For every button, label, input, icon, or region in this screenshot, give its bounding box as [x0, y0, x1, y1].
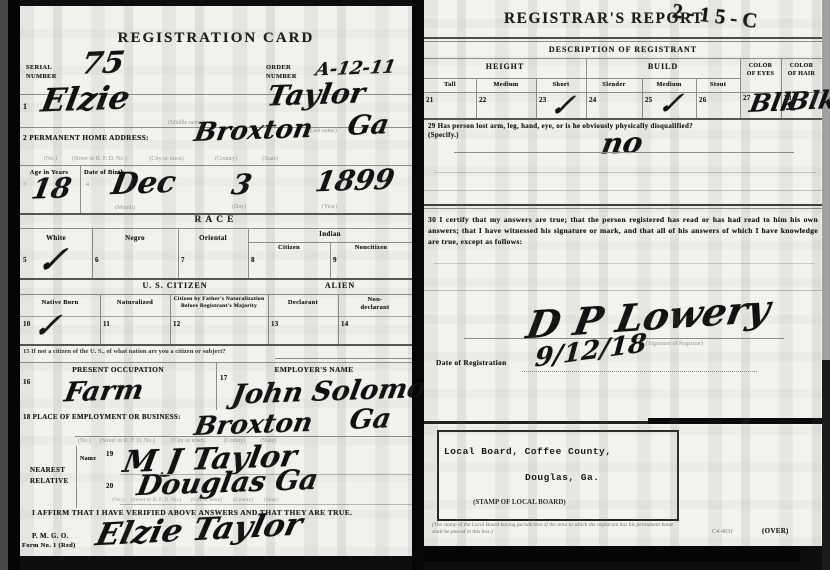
divider: [76, 446, 77, 508]
scan-black-border-middle: [412, 0, 424, 570]
blank-line: [434, 263, 814, 264]
stamp-of-local-board-caption: (STAMP OF LOCAL BOARD): [473, 498, 566, 506]
employer-field-number: 17: [220, 374, 228, 382]
race-indian-noncitizen-label: Noncitizen: [330, 244, 412, 251]
scan-black-border-left: [8, 0, 20, 570]
stout-label: Stout: [696, 81, 740, 88]
question-29-answer: no: [599, 125, 646, 160]
non-declarant-number: 14: [341, 320, 349, 328]
race-white-label: White: [20, 234, 92, 242]
rule: [454, 152, 794, 153]
present-occupation-header: PRESENT OCCUPATION: [20, 365, 216, 374]
registrar-signature-hint: (Signature of Registrar): [646, 341, 703, 347]
citizen-table-border: [20, 344, 412, 346]
race-oriental-number: 7: [181, 256, 185, 264]
rule: [424, 204, 822, 206]
classification-stamp: 2-15-C: [671, 0, 764, 34]
medium-height-label: Medium: [476, 81, 536, 88]
citizen-by-father-label: Citizen by Father's Naturalization Befor…: [172, 296, 266, 310]
race-table-border: [20, 228, 412, 229]
color-of-eyes-header: COLOR OF EYES: [740, 63, 781, 79]
native-born-label: Native Born: [20, 299, 100, 306]
address-column-hints: (No.) (Street or R. F. D. No.) (City or …: [44, 156, 278, 162]
scanned-draft-card: REGISTRATION CARD SERIAL NUMBER 75 ORDER…: [0, 0, 830, 570]
non-declarant-label: Non- declarant: [338, 296, 412, 313]
rule: [120, 504, 412, 505]
question-29-specify: (Specify.): [428, 131, 459, 139]
us-citizen-header: U. S. CITIZEN: [75, 281, 275, 290]
local-board-stamp-line2: Douglas, Ga.: [525, 472, 599, 483]
rule: [424, 58, 822, 59]
build-header: BUILD: [586, 62, 740, 71]
slender-number: 24: [589, 96, 597, 104]
relative-address-number: 20: [106, 482, 114, 490]
home-address-city-value: Broxton: [192, 114, 315, 148]
employers-name-header: EMPLOYER'S NAME: [216, 365, 412, 374]
description-table-border: [424, 118, 822, 120]
race-table-border: [20, 278, 412, 280]
print-form-code: C4-4031: [712, 529, 733, 535]
race-section-title: RACE: [20, 215, 412, 225]
short-label: Short: [536, 81, 586, 88]
short-number: 23: [539, 96, 547, 104]
slender-label: Slender: [586, 81, 642, 88]
race-negro-number: 6: [95, 256, 99, 264]
registration-card-title: REGISTRATION CARD: [20, 30, 412, 47]
scan-edge-strip: [0, 0, 8, 570]
declarant-label: Declarant: [268, 299, 338, 306]
race-negro-label: Negro: [92, 234, 178, 242]
alien-header: ALIEN: [285, 281, 395, 290]
relative-name-number: 19: [106, 450, 114, 458]
description-table-border: [424, 78, 740, 79]
description-of-registrant-header: DESCRIPTION OF REGISTRANT: [424, 45, 822, 54]
blank-line: [434, 172, 816, 173]
race-table-divider: [248, 242, 412, 243]
divider: [216, 362, 217, 410]
registration-card-page: REGISTRATION CARD SERIAL NUMBER 75 ORDER…: [20, 6, 412, 556]
rule: [75, 436, 412, 437]
line15-question: 15 If not a citizen of the U. S., of wha…: [23, 348, 226, 355]
rule: [424, 208, 822, 209]
date-of-registration-label: Date of Registration: [436, 358, 507, 367]
race-oriental-label: Oriental: [178, 234, 248, 242]
native-born-checkmark: ✓: [32, 309, 62, 346]
dob-field-number: 4: [86, 182, 89, 188]
birth-year-value: 1899: [313, 163, 397, 199]
scan-edge-strip-right: [822, 0, 830, 360]
race-indian-citizen-number: 8: [251, 256, 255, 264]
rule: [275, 358, 412, 359]
race-indian-label: Indian: [248, 230, 412, 238]
pmgo-label: P. M. G. O.: [32, 532, 69, 540]
occupation-field-number: 16: [23, 378, 31, 386]
naturalized-label: Naturalized: [100, 299, 170, 306]
race-white-checkmark: ✓: [35, 240, 68, 281]
age-field-number: 3: [23, 182, 26, 188]
citizen-by-father-number: 12: [173, 320, 181, 328]
occupation-value: Farm: [62, 375, 146, 409]
employment-state-value: Ga: [347, 403, 393, 435]
divider: [80, 165, 81, 213]
tall-number: 21: [426, 96, 434, 104]
race-indian-citizen-label: Citizen: [248, 244, 330, 251]
citizen-table-border: [20, 294, 412, 295]
race-white-number: 5: [23, 256, 27, 264]
medium-build-label: Medium: [642, 81, 696, 88]
stamp-box-instructions: (The stamp of the Local Board having jur…: [432, 522, 676, 537]
registrars-report-page: REGISTRAR'S REPORT 2-15-C DESCRIPTION OF…: [424, 0, 822, 546]
height-header: HEIGHT: [424, 62, 586, 71]
medium-build-number: 25: [645, 96, 653, 104]
place-of-employment-label: 18 PLACE OF EMPLOYMENT OR BUSINESS:: [23, 413, 181, 421]
scan-edge-strip-right-dark: [822, 360, 830, 570]
medium-height-number: 22: [479, 96, 487, 104]
year-hint: (Year): [322, 204, 337, 210]
stout-number: 26: [699, 96, 707, 104]
home-address-state-value: Ga: [345, 109, 391, 141]
form-number-label: Form No. 1 (Red): [22, 542, 76, 549]
relative-name-label: Name: [80, 456, 96, 462]
citizen-table-border: [20, 316, 412, 317]
rule: [424, 37, 822, 39]
over-label: (OVER): [762, 527, 789, 535]
home-address-label: 2 PERMANENT HOME ADDRESS:: [23, 133, 149, 142]
local-board-stamp-box: Local Board, Coffee County, Douglas, Ga.…: [437, 430, 679, 521]
naturalized-number: 11: [103, 320, 110, 328]
citizen-table-divider: [170, 294, 171, 344]
relative-column-hints: (No.) (Street or R. F. D. No.) (City or …: [112, 497, 279, 503]
color-of-hair-header: COLOR OF HAIR: [781, 63, 822, 79]
day-hint: (Day): [232, 204, 246, 210]
nearest-relative-label: NEAREST RELATIVE: [30, 465, 68, 486]
birth-day-value: 3: [229, 168, 254, 202]
hair-color-value: Blk: [785, 85, 830, 116]
blank-line: [424, 190, 822, 191]
local-board-stamp-line1: Local Board, Coffee County,: [444, 446, 611, 457]
serial-number-value: 75: [79, 45, 127, 81]
tall-label: Tall: [424, 81, 476, 88]
scan-black-border-bottom: [424, 546, 800, 562]
race-indian-noncitizen-number: 9: [333, 256, 337, 264]
date-line: [522, 371, 757, 372]
age-value: 18: [29, 171, 74, 205]
birth-month-value: Dec: [109, 165, 179, 202]
certification-statement: 30 I certify that my answers are true; t…: [428, 214, 818, 247]
month-hint: (Month): [115, 205, 135, 211]
first-name-value: Elzie: [38, 78, 133, 119]
serial-number-label: SERIAL NUMBER: [26, 64, 78, 82]
rule: [424, 41, 822, 42]
name-row-number: 1: [23, 102, 27, 111]
native-born-number: 10: [23, 320, 31, 328]
last-name-value: Taylor: [265, 76, 368, 112]
declarant-number: 13: [271, 320, 279, 328]
heavy-rule: [648, 418, 822, 424]
